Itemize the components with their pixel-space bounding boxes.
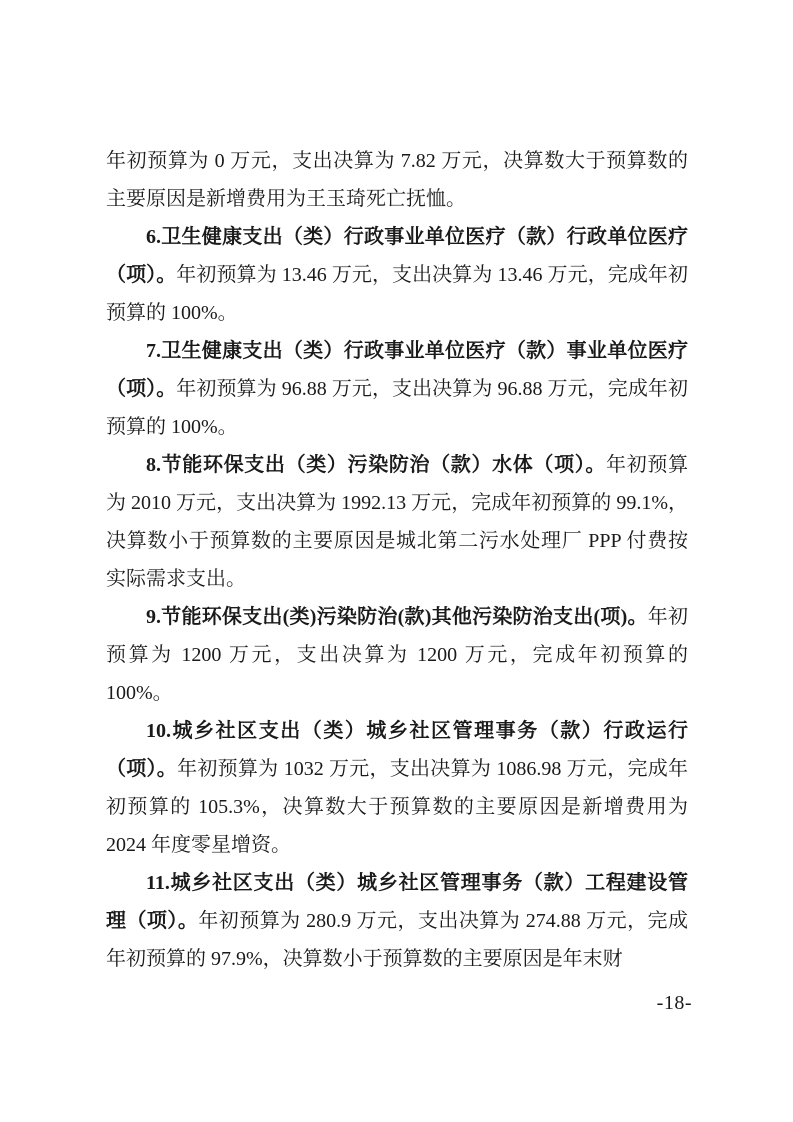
budget-item-9-heading: 9.节能环保支出(类)污染防治(款)其他污染防治支出(项)。: [146, 606, 648, 628]
budget-item-7-body: 年初预算为 96.88 万元，支出决算为 96.88 万元，完成年初预算的 10…: [106, 378, 688, 438]
paragraph-continuation: 年初预算为 0 万元，支出决算为 7.82 万元，决算数大于预算数的主要原因是新…: [106, 142, 688, 218]
document-body-text: 年初预算为 0 万元，支出决算为 7.82 万元，决算数大于预算数的主要原因是新…: [106, 142, 688, 978]
budget-item-11-paragraph: 11.城乡社区支出（类）城乡社区管理事务（款）工程建设管理（项）。年初预算为 2…: [106, 864, 688, 978]
budget-item-10-body: 年初预算为 1032 万元，支出决算为 1086.98 万元，完成年初预算的 1…: [106, 758, 688, 856]
document-page: 年初预算为 0 万元，支出决算为 7.82 万元，决算数大于预算数的主要原因是新…: [0, 0, 793, 1122]
budget-item-6-body: 年初预算为 13.46 万元，支出决算为 13.46 万元，完成年初预算的 10…: [106, 264, 688, 324]
page-number: -18-: [657, 991, 692, 1015]
budget-item-6-paragraph: 6.卫生健康支出（类）行政事业单位医疗（款）行政单位医疗（项）。年初预算为 13…: [106, 218, 688, 332]
budget-item-7-paragraph: 7.卫生健康支出（类）行政事业单位医疗（款）事业单位医疗（项）。年初预算为 96…: [106, 332, 688, 446]
paragraph-body: 年初预算为 0 万元，支出决算为 7.82 万元，决算数大于预算数的主要原因是新…: [106, 150, 688, 210]
budget-item-8-paragraph: 8.节能环保支出（类）污染防治（款）水体（项）。年初预算为 2010 万元，支出…: [106, 446, 688, 598]
budget-item-8-heading: 8.节能环保支出（类）污染防治（款）水体（项）。: [146, 454, 606, 476]
budget-item-9-paragraph: 9.节能环保支出(类)污染防治(款)其他污染防治支出(项)。年初预算为 1200…: [106, 598, 688, 712]
budget-item-10-paragraph: 10.城乡社区支出（类）城乡社区管理事务（款）行政运行（项）。年初预算为 103…: [106, 712, 688, 864]
